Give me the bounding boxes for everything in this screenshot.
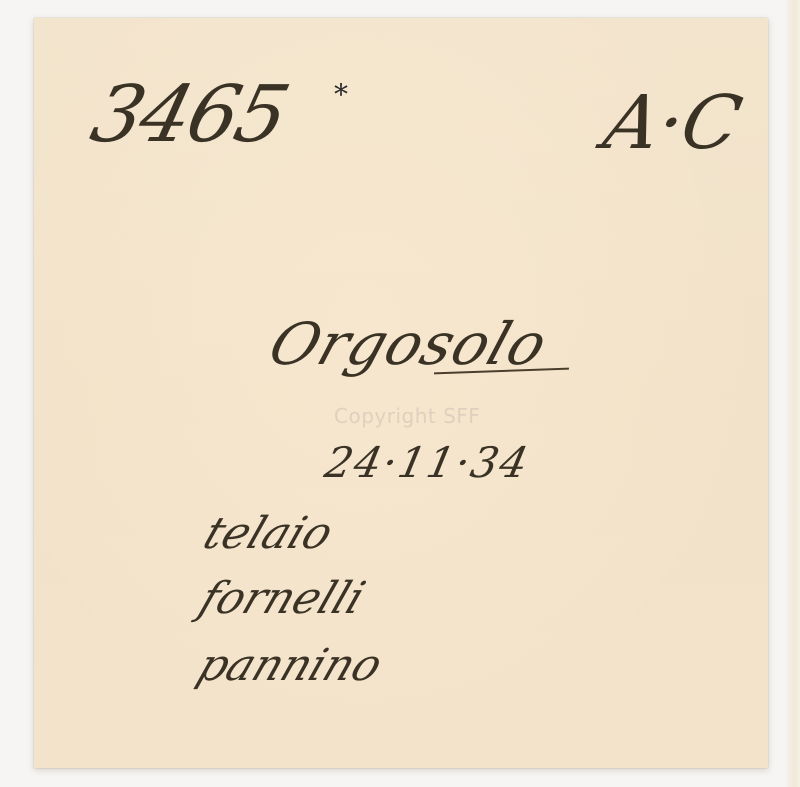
initials: A·C (597, 80, 749, 166)
catalog-asterisk: * (334, 78, 348, 111)
catalog-number: 3465 (83, 70, 296, 160)
item-line: pannino (191, 640, 390, 691)
date: 24·11·34 (321, 438, 534, 487)
adjacent-card-edge (786, 0, 800, 787)
copyright-watermark: Copyright SFF (334, 404, 480, 428)
item-line: telaio (197, 508, 340, 559)
item-line: fornelli (193, 573, 372, 624)
index-card: 3465 * A·C Orgosolo Copyright SFF 24·11·… (34, 18, 768, 768)
place-name: Orgosolo (261, 310, 557, 378)
